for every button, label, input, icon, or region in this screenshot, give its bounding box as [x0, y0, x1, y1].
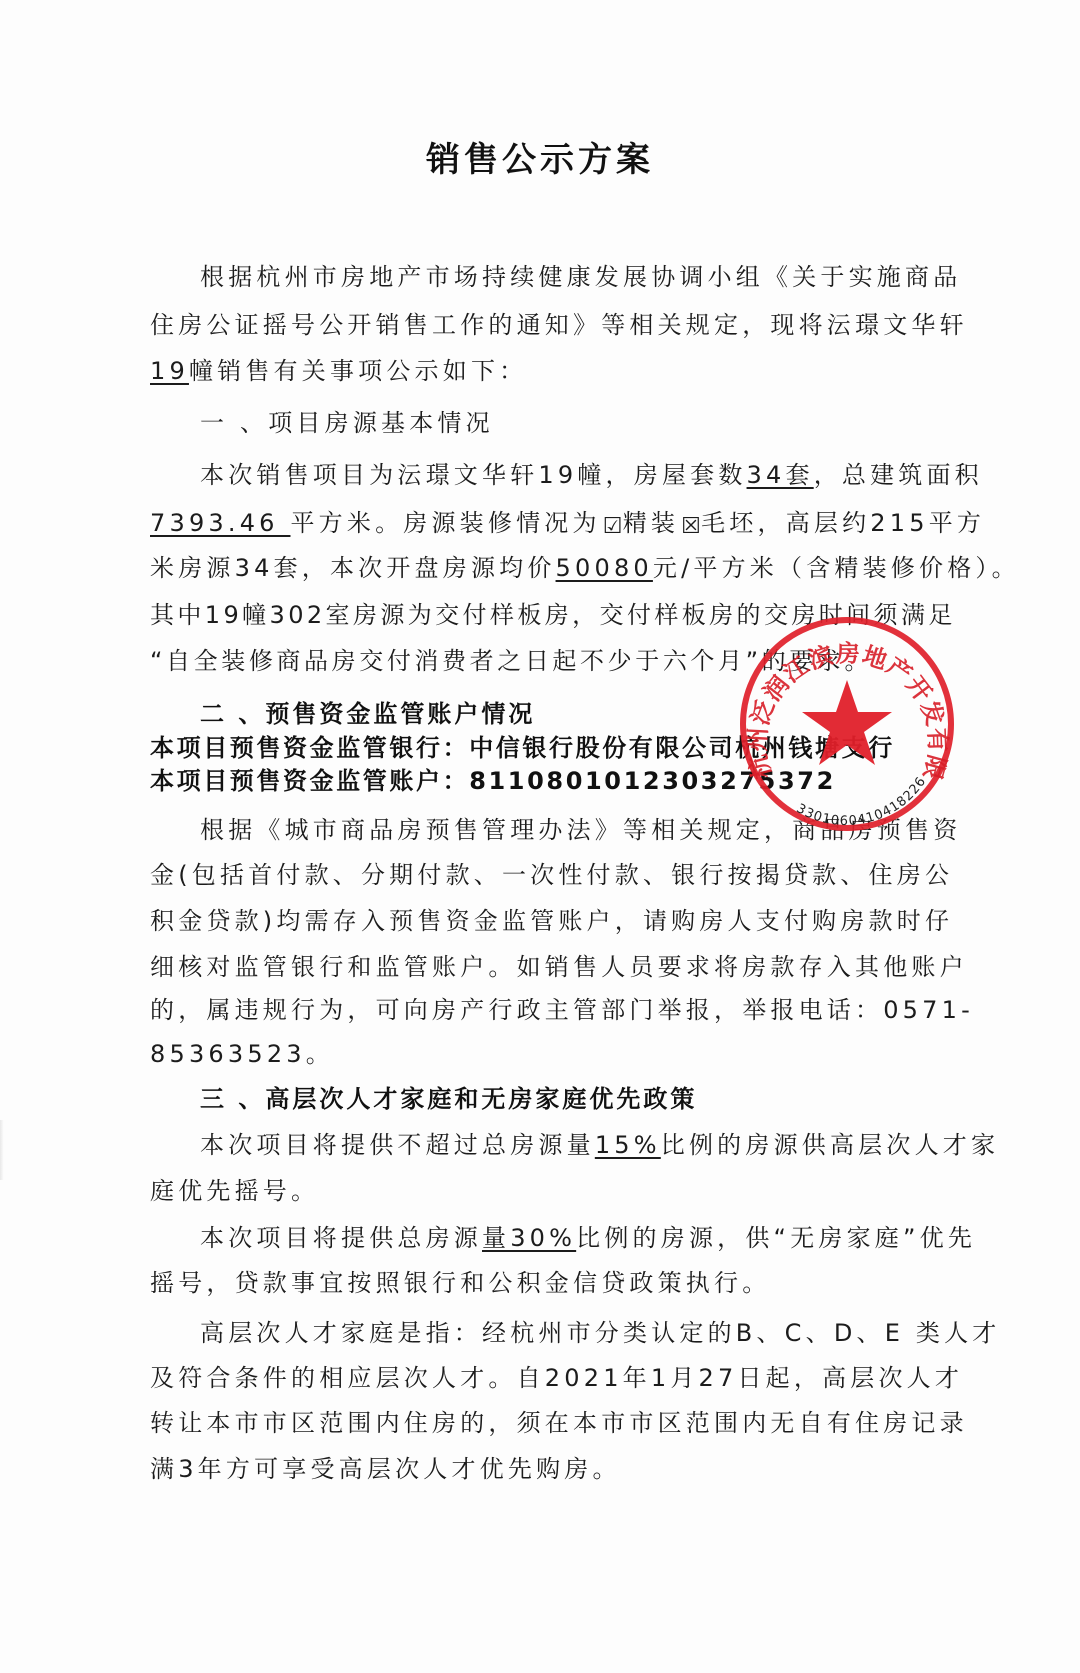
section3-p3-line3: 转让本市市区范围内住房的，须在本市市区范围内无自有住房记录 — [150, 1408, 968, 1438]
section3-p1a: 本次项目将提供不超过总房源量 — [200, 1131, 595, 1159]
supervising-account: 本项目预售资金监管账户：8110801012303275372 — [150, 766, 836, 796]
section2-para-5: 的，属违规行为，可向房产行政主管部门举报，举报电话：0571- — [150, 995, 974, 1025]
document-title: 销售公示方案 — [0, 132, 1080, 181]
section3-p1b: 比例的房源供高层次人才家 — [661, 1131, 999, 1159]
section3-p2b: 比例的房源，供“无房家庭”优先 — [576, 1224, 976, 1252]
average-price: 50080 — [556, 554, 653, 582]
section3-heading: 三 、高层次人才家庭和无房家庭优先政策 — [200, 1084, 697, 1114]
section3-p1-line2: 庭优先摇号。 — [150, 1176, 319, 1206]
section1-line-1a: 本次销售项目为沄璟文华轩19幢，房屋套数 — [200, 461, 747, 489]
section2-para-2: 金(包括首付款、分期付款、一次性付款、银行按揭贷款、住房公 — [150, 860, 953, 890]
section2-heading: 二 、预售资金监管账户情况 — [200, 699, 535, 729]
section1-line-1b: ，总建筑面积 — [814, 461, 983, 489]
talent-ratio: 15% — [595, 1131, 661, 1159]
supervising-bank: 本项目预售资金监管银行：中信银行股份有限公司杭州钱塘支行 — [150, 733, 895, 763]
section1-line-1: 本次销售项目为沄璟文华轩19幢，房屋套数34套，总建筑面积 — [200, 460, 983, 490]
fitout-label: 精装 — [623, 509, 679, 537]
section3-p2-line2: 摇号，贷款事宜按照银行和公积金信贷政策执行。 — [150, 1268, 770, 1298]
section1-line-3b: 元/平方米（含精装修价格）。 — [653, 554, 1020, 582]
building-number: 19 — [150, 357, 189, 385]
section3-p3-line2: 及符合条件的相应层次人才。自2021年1月27日起，高层次人才 — [150, 1363, 963, 1393]
section1-line-2a: 平方米。房源装修情况为 — [290, 509, 600, 537]
section2-para-1: 根据《城市商品房预售管理办法》等相关规定，商品房预售资 — [200, 815, 961, 845]
intro-line-2: 住房公证摇号公开销售工作的通知》等相关规定，现将沄璟文华轩 — [150, 310, 968, 340]
intro-line-3: 19幢销售有关事项公示如下： — [150, 356, 527, 386]
section1-line-5: “自全装修商品房交付消费者之日起不少于六个月”的要求。 — [150, 646, 872, 676]
unit-count: 34套 — [747, 461, 814, 489]
section2-para-4: 细核对监管银行和监管账户。如销售人员要求将房款存入其他账户 — [150, 952, 968, 982]
rough-label: 毛坯，高层约215平方 — [701, 509, 985, 537]
section2-para-3: 积金贷款)均需存入预售资金监管账户，请购房人支付购房款时仔 — [150, 906, 953, 936]
document-page: 销售公示方案 根据杭州市房地产市场持续健康发展协调小组《关于实施商品 住房公证摇… — [0, 0, 1080, 1673]
section3-p2a: 本次项目将提供总房源 — [200, 1224, 482, 1252]
checkbox-crossed-icon: ☒ — [681, 519, 699, 537]
section1-line-2: 7393.46 平方米。房源装修情况为☑精装☒毛坯，高层约215平方 — [150, 508, 985, 538]
report-phone: 85363523。 — [150, 1039, 334, 1069]
section3-p1-line1: 本次项目将提供不超过总房源量15%比例的房源供高层次人才家 — [200, 1130, 999, 1160]
section1-line-3a: 米房源34套，本次开盘房源均价 — [150, 554, 556, 582]
section3-p3-line1: 高层次人才家庭是指：经杭州市分类认定的B、C、D、E 类人才 — [200, 1318, 1001, 1348]
checkbox-checked-icon: ☑ — [603, 519, 621, 537]
homeless-ratio: 量30% — [482, 1224, 576, 1252]
intro-line-3-text: 幢销售有关事项公示如下： — [189, 357, 527, 385]
total-area: 7393.46 — [150, 509, 290, 537]
section3-p2-line1: 本次项目将提供总房源量30%比例的房源，供“无房家庭”优先 — [200, 1223, 976, 1253]
section1-heading: 一 、项目房源基本情况 — [200, 408, 494, 438]
section1-line-3: 米房源34套，本次开盘房源均价50080元/平方米（含精装修价格）。 — [150, 553, 1020, 583]
intro-line-1: 根据杭州市房地产市场持续健康发展协调小组《关于实施商品 — [200, 262, 961, 292]
section3-p3-line4: 满3年方可享受高层次人才优先购房。 — [150, 1454, 621, 1484]
page-edge-shadow — [0, 1120, 4, 1180]
section1-line-4: 其中19幢302室房源为交付样板房，交付样板房的交房时间须满足 — [150, 600, 956, 630]
